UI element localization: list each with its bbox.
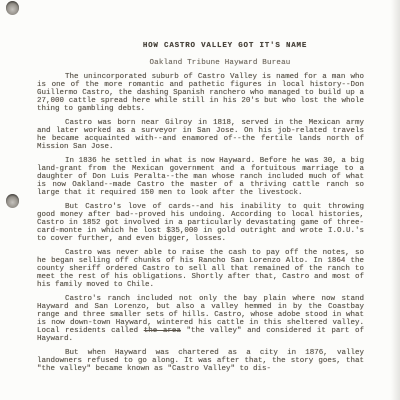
paragraph-7-truncated: But when Hayward was chartered as a city…	[37, 349, 364, 373]
scanned-document-page: HOW CASTRO VALLEY GOT IT'S NAME Oakland …	[0, 0, 400, 400]
hole-punch-middle-icon	[6, 194, 19, 208]
struck-out-text: the area	[144, 327, 181, 335]
hole-punch-top-icon	[6, 1, 19, 15]
paragraph-4: But Castro's love of cards--and his inab…	[37, 203, 364, 243]
paragraph-3: In 1836 he settled in what is now Haywar…	[37, 157, 364, 197]
article-byline: Oakland Tribune Hayward Bureau	[40, 59, 400, 67]
paragraph-1: The unincorporated suburb of Castro Vall…	[37, 73, 364, 113]
paragraph-2: Castro was born near Gilroy in 1818, ser…	[37, 119, 364, 151]
article-title: HOW CASTRO VALLEY GOT IT'S NAME	[50, 42, 400, 50]
article-body: The unincorporated suburb of Castro Vall…	[37, 73, 364, 379]
paragraph-5: Castro was never able to raise the cash …	[37, 249, 364, 289]
paragraph-6: Castro's ranch included not only the bay…	[37, 295, 364, 343]
